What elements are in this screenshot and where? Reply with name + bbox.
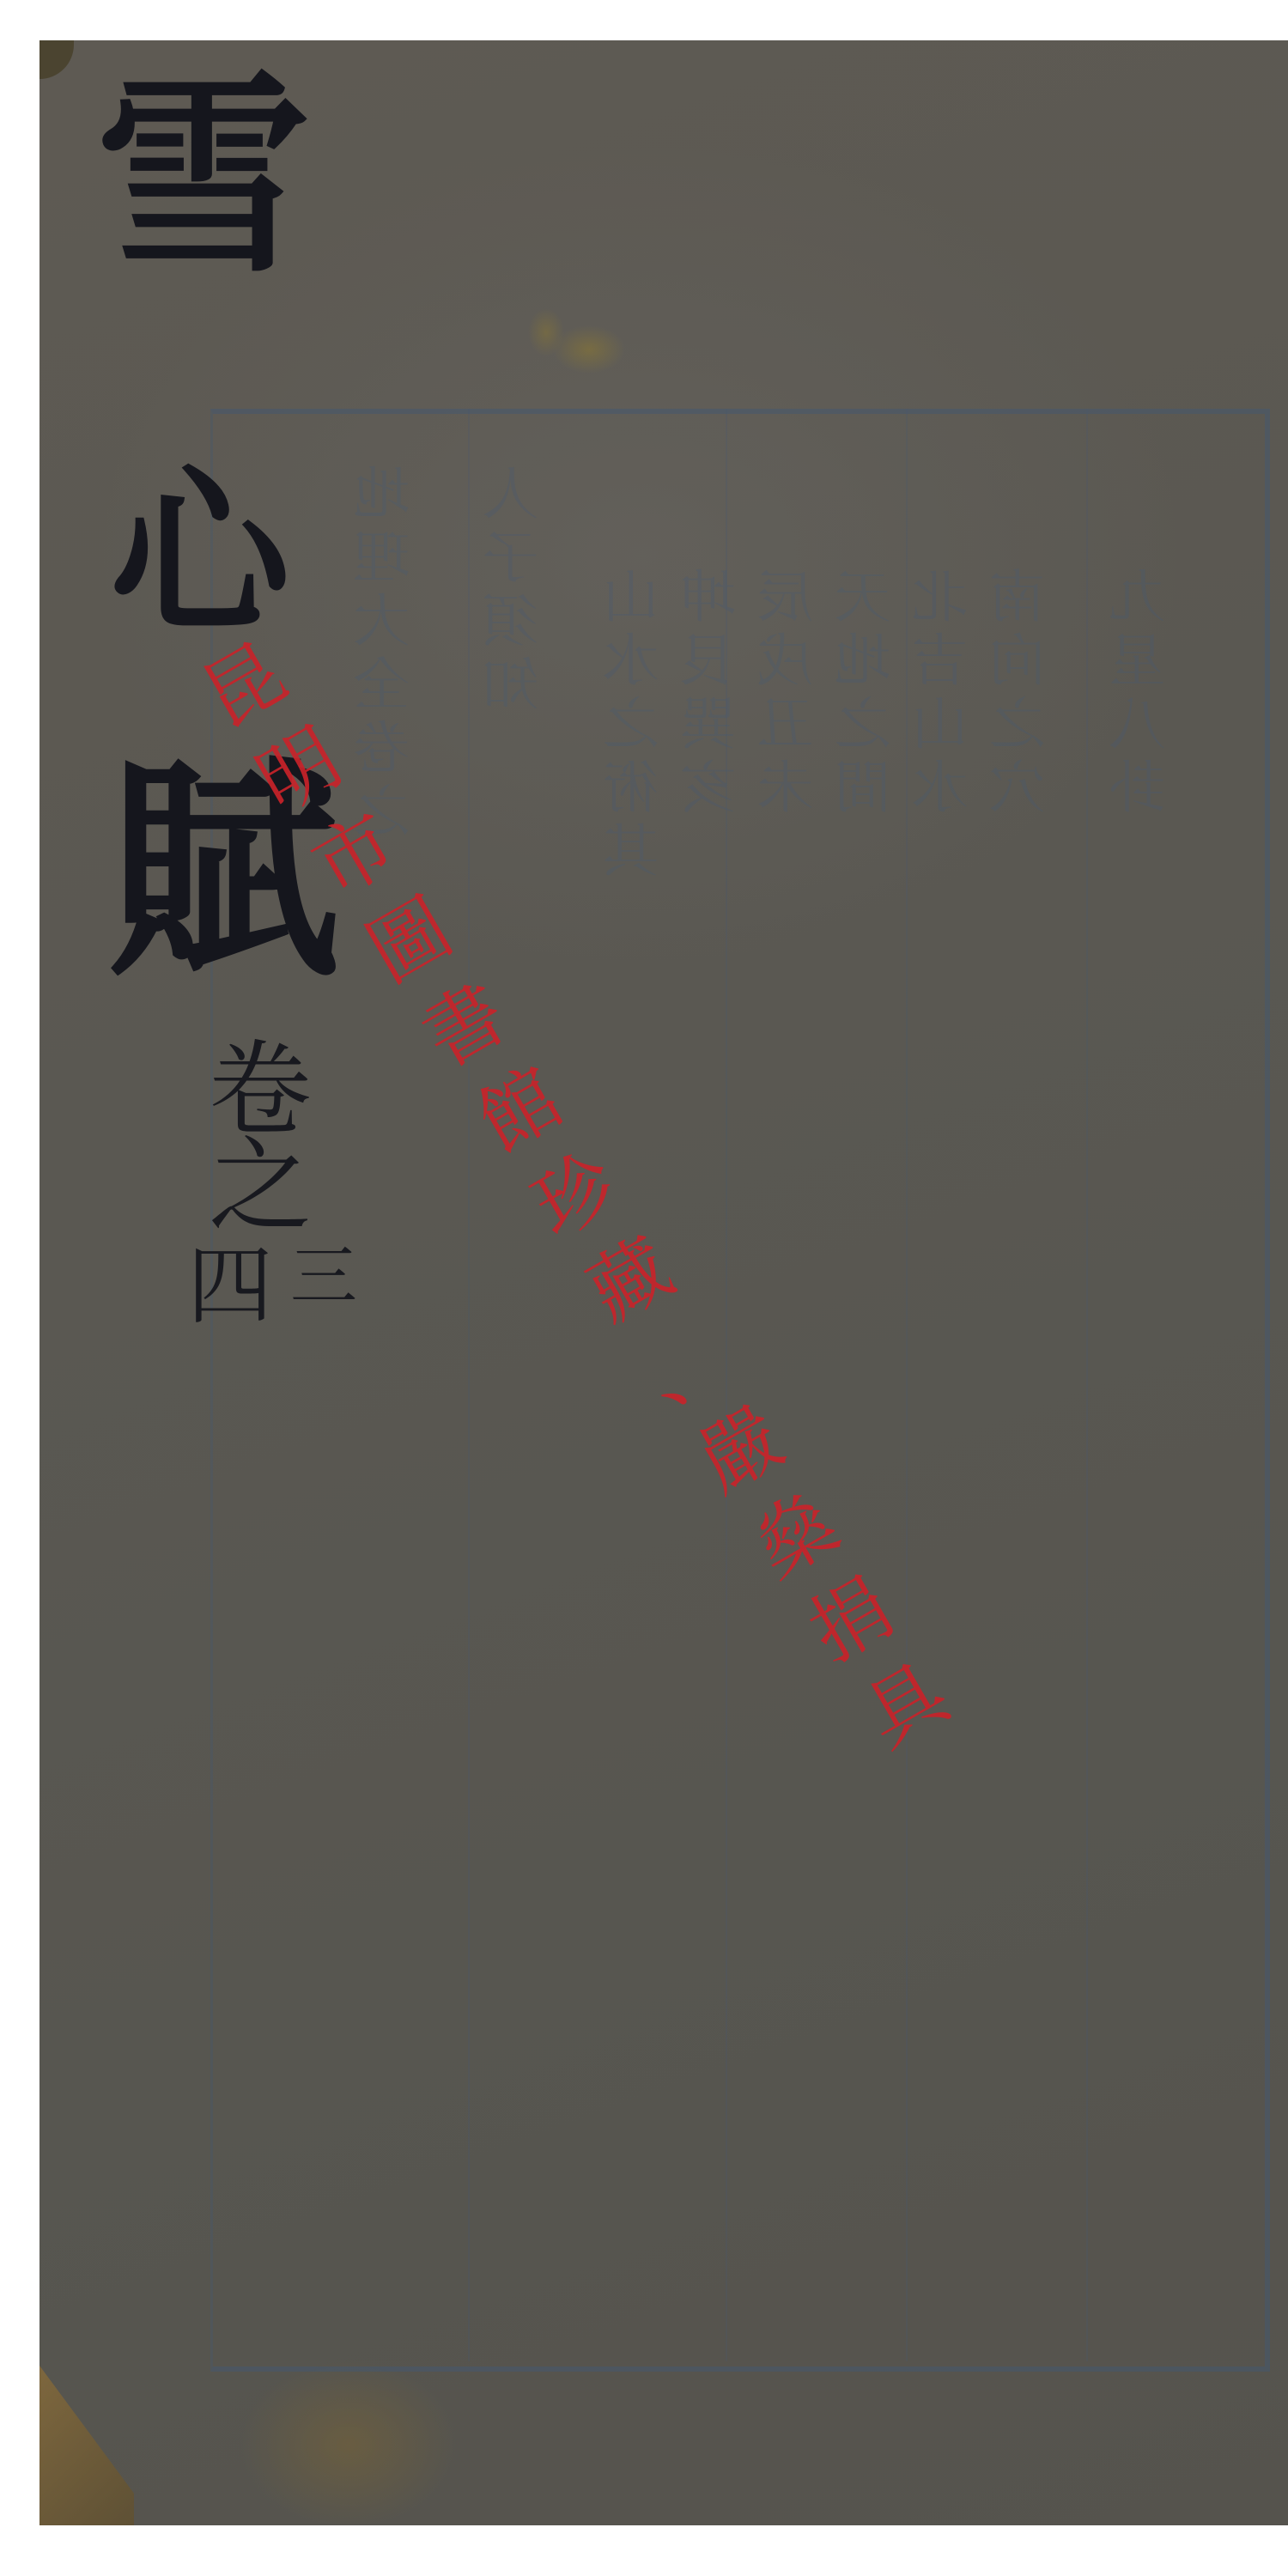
bleed-column-rule — [906, 409, 908, 2361]
bleed-through-column: 九星八卦 — [1108, 567, 1178, 821]
bleed-through-column: 北吉山水 — [910, 567, 981, 821]
volume-label: 卷之 — [199, 1035, 302, 1227]
bleed-through-column: 南向之穴 — [987, 567, 1058, 821]
bleed-through-column: 坤艮巽亥 — [678, 567, 749, 821]
title-char-snow: 雪 — [96, 69, 311, 283]
volume-number-four: 四 — [187, 1243, 273, 1329]
bleed-through-column: 天地之間 — [833, 567, 903, 821]
volume-number-three: 三 — [290, 1243, 357, 1310]
bleed-column-rule — [1086, 409, 1088, 2361]
bleed-column-rule — [468, 409, 470, 2361]
bleed-through-column: 辰戌丑未 — [756, 567, 826, 821]
bleed-through-column: 人子須知 — [481, 464, 551, 718]
bleed-through-column: 山水之術其 — [601, 567, 671, 884]
